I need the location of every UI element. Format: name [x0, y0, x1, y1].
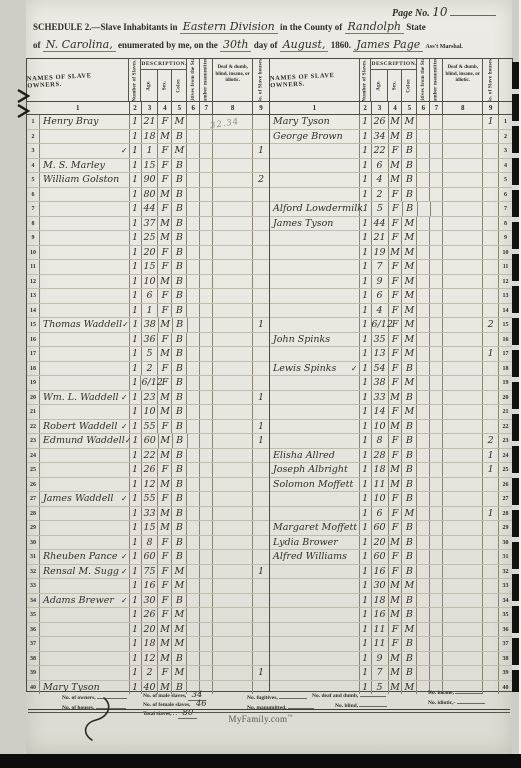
- names-column-header-label: NAMES OF SLAVE OWNERS.: [270, 71, 359, 90]
- color-cell: M: [402, 507, 417, 521]
- sex-cell: F: [389, 637, 403, 651]
- owner-name-cell: [40, 347, 130, 361]
- color-cell: B: [172, 463, 187, 477]
- table-row: 33116FM: [27, 579, 269, 594]
- deaf-dumb-cell: [213, 246, 253, 260]
- color-cell: B: [172, 231, 187, 245]
- slave-count-cell: 1: [360, 144, 372, 158]
- owner-name-cell: [270, 507, 360, 521]
- age-cell: 18: [142, 637, 159, 651]
- fugitives-cell: [417, 318, 430, 332]
- deaf-dumb-cell: [213, 420, 253, 434]
- deaf-dumb-cell: [443, 159, 483, 173]
- row-number-cell: 23: [27, 434, 40, 448]
- sex-cell: M: [389, 420, 403, 434]
- table-row: James Tyson144FM8: [270, 217, 512, 232]
- film-edge-marks: [512, 62, 519, 692]
- slave-houses-cell: [483, 333, 499, 347]
- color-cell: M: [402, 304, 417, 318]
- deaf-dumb-column-header: Deaf & dumb, blind, insane, or idiotic.: [213, 59, 253, 101]
- state-word: State: [406, 22, 426, 32]
- owner-name-cell: [40, 289, 130, 303]
- deaf-dumb-cell: [213, 304, 253, 318]
- sex-cell: F: [158, 463, 172, 477]
- sex-cell: F: [389, 188, 403, 202]
- table-row: 3912FM1: [27, 666, 269, 681]
- row-number-cell: 15: [27, 318, 40, 332]
- sex-cell: F: [158, 550, 172, 564]
- table-row: Margaret Moffett160FB29: [270, 521, 512, 536]
- fugitives-cell: [417, 463, 430, 477]
- slave-houses-cell: [483, 652, 499, 666]
- row-number-cell: 11: [27, 260, 40, 274]
- manumitted-cell: [430, 275, 443, 289]
- table-row: 113FM117: [270, 347, 512, 362]
- slave-count-cell: 1: [130, 536, 142, 550]
- row-number-cell: 13: [27, 289, 40, 303]
- sex-cell: F: [158, 246, 172, 260]
- manumitted-cell: [200, 173, 213, 187]
- color-cell: M: [402, 231, 417, 245]
- manumitted-cell: [430, 550, 443, 564]
- color-cell: B: [172, 304, 187, 318]
- county-handwritten: Randolph: [345, 20, 405, 34]
- sex-cell: M: [389, 391, 403, 405]
- sex-cell: M: [158, 217, 172, 231]
- check-mark: ✓: [121, 567, 129, 576]
- slave-count-cell: 1: [360, 376, 372, 390]
- color-cell: M: [402, 246, 417, 260]
- owner-name-cell: Mary Tyson: [270, 115, 360, 129]
- check-mark: ✓: [121, 552, 129, 561]
- owner-name: Mary Tyson: [270, 115, 330, 129]
- scanned-census-page: Page No. 10 SCHEDULE 2.—Slave Inhabitant…: [0, 0, 521, 768]
- table-row: Mary Tyson126MM11: [270, 115, 512, 130]
- deaf-dumb-cell: [443, 188, 483, 202]
- fugitives-cell: [187, 159, 200, 173]
- slave-count-cell: 1: [130, 463, 142, 477]
- manumitted-cell: [430, 304, 443, 318]
- owner-name-cell: William Golston: [40, 173, 130, 187]
- owner-name: Henry Bray: [40, 115, 99, 129]
- fugitives-cell: [187, 666, 200, 680]
- color-cell: B: [172, 333, 187, 347]
- age-cell: 15: [142, 159, 159, 173]
- sex-cell: M: [389, 246, 403, 260]
- slave-count-cell: 1: [130, 246, 142, 260]
- owner-name-cell: [40, 579, 130, 593]
- owner-name-cell: [270, 434, 360, 448]
- fugitives-column-header: Fugitives from the State.: [187, 59, 200, 101]
- table-row: 25126FB: [27, 463, 269, 478]
- column-number: 6: [187, 102, 200, 114]
- fugitives-cell: [417, 565, 430, 579]
- deaf-dumb-cell: [213, 536, 253, 550]
- description-header: DESCRIPTION.: [141, 59, 186, 70]
- owner-name-cell: Edmund Waddell✓: [40, 434, 130, 448]
- owner-name-cell: [270, 405, 360, 419]
- deaf-dumb-cell: [443, 260, 483, 274]
- table-row: 1316FB: [27, 289, 269, 304]
- row-number-cell: 39: [27, 666, 40, 680]
- slave-houses-cell: [483, 231, 499, 245]
- row-number-cell: 19: [499, 376, 512, 390]
- owner-name-cell: [270, 565, 360, 579]
- owner-name-cell: [270, 144, 360, 158]
- slave-count-cell: 1: [360, 362, 372, 376]
- deaf-dumb-cell: [443, 246, 483, 260]
- age-cell: 34: [372, 130, 389, 144]
- slave-houses-cell: 1: [253, 565, 269, 579]
- manumitted-cell: [430, 579, 443, 593]
- deaf-dumb-cell: [213, 260, 253, 274]
- color-cell: B: [402, 173, 417, 187]
- of-word: of: [33, 40, 41, 50]
- manumitted-cell: [200, 666, 213, 680]
- slave-houses-cell: [253, 188, 269, 202]
- fugitives-cell: [187, 130, 200, 144]
- owner-name-cell: [40, 507, 130, 521]
- page-number-value: 10: [432, 5, 447, 19]
- fugitives-column-header: Fugitives from the State.: [417, 59, 430, 101]
- row-number-cell: 14: [27, 304, 40, 318]
- sex-cell: F: [158, 594, 172, 608]
- age-cell: 18: [372, 594, 389, 608]
- table-row: 1715MB: [27, 347, 269, 362]
- slave-count-cell: 1: [130, 362, 142, 376]
- color-cell: B: [402, 550, 417, 564]
- owner-name-cell: [40, 405, 130, 419]
- sex-cell: F: [389, 260, 403, 274]
- slave-count-cell: 1: [130, 478, 142, 492]
- row-number-cell: 18: [499, 362, 512, 376]
- deaf-dumb-cell: [213, 173, 253, 187]
- sex-cell: M: [389, 115, 403, 129]
- sex-cell: F: [389, 492, 403, 506]
- owner-name-cell: [270, 289, 360, 303]
- manumitted-column-header: Number manumitted.: [200, 59, 213, 101]
- deaf-dumb-cell: [443, 536, 483, 550]
- color-label: Color.: [407, 78, 412, 92]
- color-cell: B: [172, 521, 187, 535]
- deaf-dumb-cell: [443, 449, 483, 463]
- slave-houses-cell: [483, 637, 499, 651]
- age-cell: 6/12: [372, 318, 389, 332]
- manumitted-cell: [200, 478, 213, 492]
- sex-cell: F: [158, 420, 172, 434]
- number-of-slaves-column-header: Number of Slaves.: [360, 59, 372, 101]
- fugitives-cell: [187, 579, 200, 593]
- row-number-cell: 29: [499, 521, 512, 535]
- row-number-cell: 20: [27, 391, 40, 405]
- age-cell: 6: [142, 289, 159, 303]
- owner-name-cell: James Waddell✓: [40, 492, 130, 506]
- deaf-dumb-cell: [443, 420, 483, 434]
- owner-name-cell: [270, 623, 360, 637]
- sex-cell: F: [158, 115, 172, 129]
- deaf-dumb-cell: [443, 652, 483, 666]
- slave-houses-cell: [253, 536, 269, 550]
- deaf-dumb-cell: [213, 463, 253, 477]
- manumitted-cell: [430, 420, 443, 434]
- fugitives-cell: [417, 115, 430, 129]
- sex-cell: F: [158, 159, 172, 173]
- color-cell: M: [402, 333, 417, 347]
- slave-houses-cell: [253, 579, 269, 593]
- page-number-label: Page No.: [392, 8, 430, 19]
- slave-houses-cell: [253, 637, 269, 651]
- number-of-slaves-label: Number of Slaves.: [363, 59, 368, 101]
- slave-houses-cell: 2: [483, 434, 499, 448]
- manumitted-cell: [200, 623, 213, 637]
- owner-name-cell: [40, 608, 130, 622]
- slave-count-cell: 1: [130, 492, 142, 506]
- table-row: 34Adams Brewer✓130FB: [27, 594, 269, 609]
- deaf-dumb-cell: [213, 391, 253, 405]
- fugitives-cell: [187, 463, 200, 477]
- slave-count-cell: 1: [360, 449, 372, 463]
- manumitted-cell: [430, 188, 443, 202]
- manumitted-cell: [200, 652, 213, 666]
- age-cell: 6: [372, 507, 389, 521]
- sex-cell: M: [389, 536, 403, 550]
- deaf-dumb-cell: [443, 608, 483, 622]
- age-cell: 30: [372, 579, 389, 593]
- table-row: 118MB34: [270, 594, 512, 609]
- color-cell: B: [172, 347, 187, 361]
- manumitted-cell: [430, 159, 443, 173]
- deaf-dumb-cell: [443, 115, 483, 129]
- row-number-cell: 20: [499, 391, 512, 405]
- manumitted-cell: [200, 463, 213, 477]
- owner-name-cell: [270, 159, 360, 173]
- slave-count-cell: 1: [360, 463, 372, 477]
- slave-count-cell: 1: [360, 159, 372, 173]
- sex-cell: M: [158, 391, 172, 405]
- manumitted-cell: [430, 260, 443, 274]
- owner-name: John Spinks: [270, 333, 330, 347]
- column-number-row-left: 1 2 3 4 5 6 7 8 9: [27, 102, 269, 115]
- color-cell: M: [172, 608, 187, 622]
- fugitives-cell: [417, 521, 430, 535]
- month-handwritten: August,: [280, 38, 329, 52]
- age-cell: 44: [142, 202, 159, 216]
- color-cell: M: [402, 376, 417, 390]
- table-row: 23Edmund Waddell✓160MB1: [27, 434, 269, 449]
- owner-name-cell: [270, 260, 360, 274]
- deaf-dumb-cell: [443, 434, 483, 448]
- slave-houses-cell: [253, 202, 269, 216]
- age-cell: 9: [372, 275, 389, 289]
- row-number-cell: 16: [499, 333, 512, 347]
- number-of-slaves-label: Number of Slaves.: [132, 59, 137, 101]
- names-column-header-label: NAMES OF SLAVE OWNERS.: [27, 70, 129, 89]
- table-row: 14FM14: [270, 304, 512, 319]
- column-number-row-right: 1 2 3 4 5 6 7 8 9: [270, 102, 512, 115]
- column-number: 4: [158, 102, 172, 114]
- age-cell: 14: [372, 405, 389, 419]
- fugitives-cell: [417, 478, 430, 492]
- fugitives-cell: [417, 130, 430, 144]
- row-number-cell: 6: [27, 188, 40, 202]
- owner-name-cell: [40, 231, 130, 245]
- owner-name-cell: [270, 376, 360, 390]
- fugitives-cell: [417, 173, 430, 187]
- fugitives-cell: [417, 260, 430, 274]
- slave-houses-cell: 1: [483, 507, 499, 521]
- slave-houses-cell: [483, 521, 499, 535]
- row-number-cell: 7: [499, 202, 512, 216]
- age-cell: 7: [372, 260, 389, 274]
- slave-houses-cell: [253, 652, 269, 666]
- column-number: 8: [443, 102, 483, 114]
- row-number-cell: 32: [499, 565, 512, 579]
- fugitives-cell: [187, 362, 200, 376]
- slave-count-cell: 1: [360, 608, 372, 622]
- sex-cell: F: [389, 304, 403, 318]
- owner-name-cell: [40, 376, 130, 390]
- manumitted-cell: [430, 362, 443, 376]
- age-cell: 2: [142, 666, 159, 680]
- row-number-cell: 5: [27, 173, 40, 187]
- slave-houses-cell: [253, 594, 269, 608]
- slave-houses-cell: [253, 376, 269, 390]
- sex-cell: F: [389, 347, 403, 361]
- slave-count-cell: 1: [130, 449, 142, 463]
- schedule-title: SCHEDULE 2.—Slave Inhabitants in: [33, 22, 178, 32]
- table-row: 28133MB: [27, 507, 269, 522]
- fugitives-cell: [417, 434, 430, 448]
- slave-count-cell: 1: [360, 318, 372, 332]
- slave-houses-cell: [483, 623, 499, 637]
- owner-name-cell: Thomas Waddell✓: [40, 318, 130, 332]
- slave-houses-cell: [483, 362, 499, 376]
- table-row: 9125MB: [27, 231, 269, 246]
- color-column-header: Color.: [172, 70, 186, 101]
- slave-count-cell: 1: [360, 478, 372, 492]
- slave-houses-cell: [253, 289, 269, 303]
- column-number: 7: [430, 102, 443, 114]
- table-row: 138FM19: [270, 376, 512, 391]
- manumitted-label: Number manumitted.: [204, 59, 209, 101]
- deaf-dumb-cell: [443, 521, 483, 535]
- table-row: 35126FM: [27, 608, 269, 623]
- manumitted-cell: [430, 666, 443, 680]
- color-cell: B: [172, 130, 187, 144]
- color-cell: M: [402, 405, 417, 419]
- fugitives-cell: [417, 594, 430, 608]
- slave-houses-cell: 2: [483, 318, 499, 332]
- sex-cell: F: [389, 434, 403, 448]
- slave-count-cell: 1: [360, 420, 372, 434]
- column-number: 1: [27, 102, 130, 114]
- deaf-dumb-cell: [443, 550, 483, 564]
- fugitives-cell: [417, 449, 430, 463]
- check-mark: ✓: [121, 494, 129, 503]
- age-cell: 15: [142, 260, 159, 274]
- manumitted-cell: [200, 536, 213, 550]
- slave-count-cell: 1: [360, 289, 372, 303]
- table-row: 15Thomas Waddell✓138MB1: [27, 318, 269, 333]
- sex-cell: M: [158, 405, 172, 419]
- fugitives-cell: [187, 478, 200, 492]
- fugitives-cell: [417, 391, 430, 405]
- owner-name-cell: [270, 391, 360, 405]
- slave-houses-cell: [483, 202, 499, 216]
- owner-name: Alfred Williams: [270, 550, 347, 564]
- slave-count-cell: 1: [130, 202, 142, 216]
- manumitted-cell: [430, 333, 443, 347]
- fugitives-tally-label: No. fugitives,: [247, 695, 278, 701]
- fugitives-blank-line: [279, 694, 307, 699]
- deaf-dumb-cell: [443, 144, 483, 158]
- deaf-dumb-cell: [443, 333, 483, 347]
- row-number-cell: 24: [27, 449, 40, 463]
- manumitted-cell: [200, 217, 213, 231]
- deaf-dumb-cell: [213, 652, 253, 666]
- owner-name: Adams Brewer: [40, 594, 114, 608]
- row-number-cell: 8: [499, 217, 512, 231]
- color-cell: B: [402, 188, 417, 202]
- slave-houses-cell: [253, 405, 269, 419]
- slave-houses-cell: [483, 159, 499, 173]
- manumitted-cell: [200, 347, 213, 361]
- slave-houses-cell: 1: [253, 420, 269, 434]
- color-cell: M: [402, 115, 417, 129]
- deaf-dumb-cell: [443, 637, 483, 651]
- table-row: 2118MB: [27, 130, 269, 145]
- sex-cell: F: [389, 449, 403, 463]
- deaf-dumb-cell: [213, 347, 253, 361]
- fugitives-cell: [417, 536, 430, 550]
- owner-name-cell: [40, 362, 130, 376]
- slave-houses-column-header: No. of Slave houses.: [253, 59, 269, 101]
- sex-cell: M: [389, 608, 403, 622]
- owner-name-cell: [270, 275, 360, 289]
- table-row: 5William Golston190FB2: [27, 173, 269, 188]
- age-cell: 6: [372, 289, 389, 303]
- sex-cell: M: [389, 579, 403, 593]
- color-cell: M: [402, 217, 417, 231]
- owner-name: Robert Waddell: [40, 420, 117, 434]
- color-cell: M: [402, 623, 417, 637]
- manumitted-cell: [430, 130, 443, 144]
- sex-cell: M: [389, 130, 403, 144]
- color-cell: B: [402, 159, 417, 173]
- sex-cell: F: [389, 275, 403, 289]
- row-number-cell: 6: [499, 188, 512, 202]
- page-number-line: Page No. 10: [392, 5, 496, 19]
- color-cell: B: [402, 652, 417, 666]
- fugitives-cell: [187, 449, 200, 463]
- fugitives-cell: [417, 507, 430, 521]
- fugitives-cell: [187, 275, 200, 289]
- manumitted-cell: [200, 260, 213, 274]
- table-header-left: NAMES OF SLAVE OWNERS. Number of Slaves.…: [27, 59, 269, 102]
- sex-cell: M: [159, 434, 173, 448]
- table-row: 38112MB: [27, 652, 269, 667]
- fugitives-cell: [417, 231, 430, 245]
- fugitives-cell: [187, 115, 200, 129]
- slave-schedule-table: NAMES OF SLAVE OWNERS. Number of Slaves.…: [26, 58, 513, 692]
- owner-name-cell: [270, 304, 360, 318]
- age-cell: 1: [142, 144, 159, 158]
- slave-houses-cell: [483, 173, 499, 187]
- color-cell: B: [172, 449, 187, 463]
- table-row: 122FB3: [270, 144, 512, 159]
- table-right-half: NAMES OF SLAVE OWNERS. Number of Slaves.…: [270, 59, 513, 692]
- age-cell: 22: [372, 144, 389, 158]
